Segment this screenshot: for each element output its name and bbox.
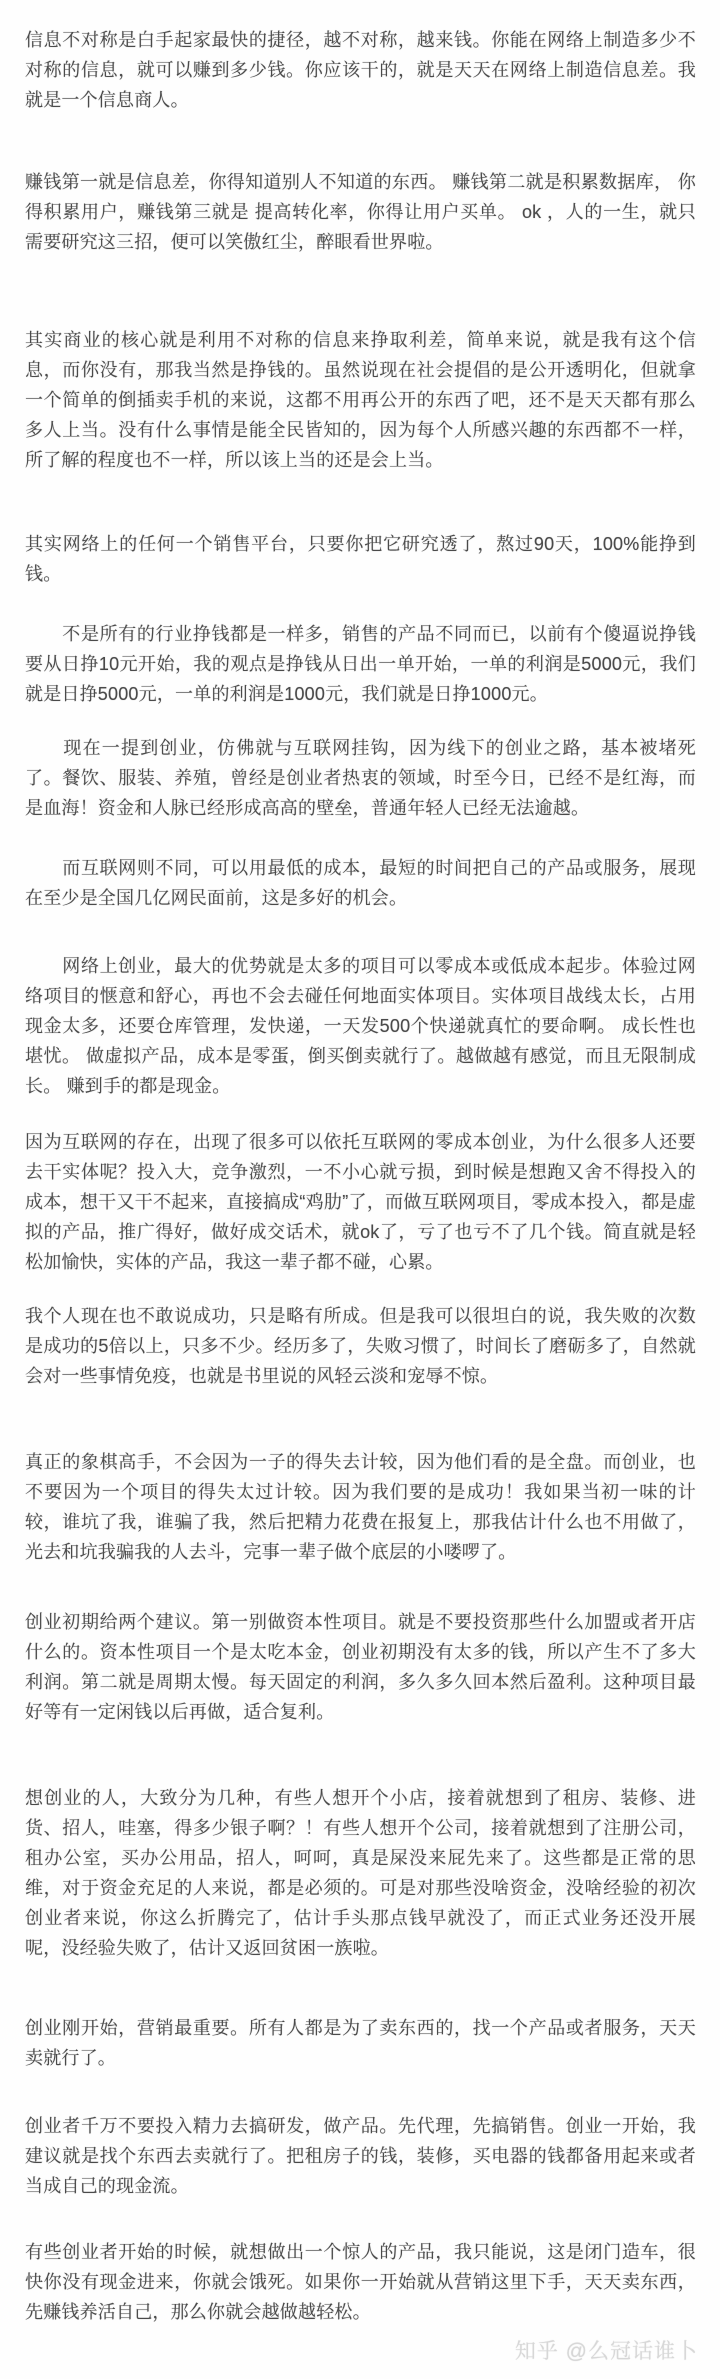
- paragraph: 创业刚开始，营销最重要。所有人都是为了卖东西的，找一个产品或者服务，天天卖就行了…: [25, 2013, 696, 2073]
- paragraph: 现在一提到创业，仿佛就与互联网挂钩，因为线下的创业之路，基本被堵死了。餐饮、服装…: [25, 733, 696, 823]
- zhihu-watermark: 知乎 @么冠话谁卜: [515, 2335, 698, 2365]
- paragraph: 真正的象棋高手，不会因为一子的得失去计较，因为他们看的是全盘。而创业，也不要因为…: [25, 1447, 696, 1567]
- paragraph: 信息不对称是白手起家最快的捷径，越不对称，越来钱。你能在网络上制造多少不对称的信…: [25, 25, 696, 115]
- paragraph: 有些创业者开始的时候，就想做出一个惊人的产品，我只能说，这是闭门造车，很快你没有…: [25, 2237, 696, 2327]
- paragraph: 其实网络上的任何一个销售平台，只要你把它研究透了，熬过90天，100%能挣到钱。: [25, 529, 696, 589]
- paragraph: 创业初期给两个建议。第一别做资本性项目。就是不要投资那些什么加盟或者开店什么的。…: [25, 1607, 696, 1727]
- article-page: 信息不对称是白手起家最快的捷径，越不对称，越来钱。你能在网络上制造多少不对称的信…: [0, 0, 720, 2379]
- paragraph: 网络上创业，最大的优势就是太多的项目可以零成本或低成本起步。体验过网络项目的惬意…: [25, 951, 696, 1101]
- paragraph: 想创业的人，大致分为几种，有些人想开个小店，接着就想到了租房、装修、进货、招人，…: [25, 1783, 696, 1963]
- paragraph: 赚钱第一就是信息差，你得知道别人不知道的东西。 赚钱第二就是积累数据库， 你得积…: [25, 167, 696, 257]
- paragraph: 而互联网则不同，可以用最低的成本，最短的时间把自己的产品或服务，展现在至少是全国…: [25, 853, 696, 913]
- paragraph: 其实商业的核心就是利用不对称的信息来挣取利差，简单来说，就是我有这个信息，而你没…: [25, 325, 696, 475]
- paragraph: 因为互联网的存在，出现了很多可以依托互联网的零成本创业，为什么很多人还要去干实体…: [25, 1127, 696, 1277]
- paragraph: 不是所有的行业挣钱都是一样多，销售的产品不同而已，以前有个傻逼说挣钱要从日挣10…: [25, 619, 696, 709]
- article-body: 信息不对称是白手起家最快的捷径，越不对称，越来钱。你能在网络上制造多少不对称的信…: [25, 25, 696, 2327]
- paragraph: 我个人现在也不敢说成功，只是略有所成。但是我可以很坦白的说，我失败的次数是成功的…: [25, 1301, 696, 1391]
- paragraph: 创业者千万不要投入精力去搞研发，做产品。先代理，先搞销售。创业一开始，我建议就是…: [25, 2111, 696, 2201]
